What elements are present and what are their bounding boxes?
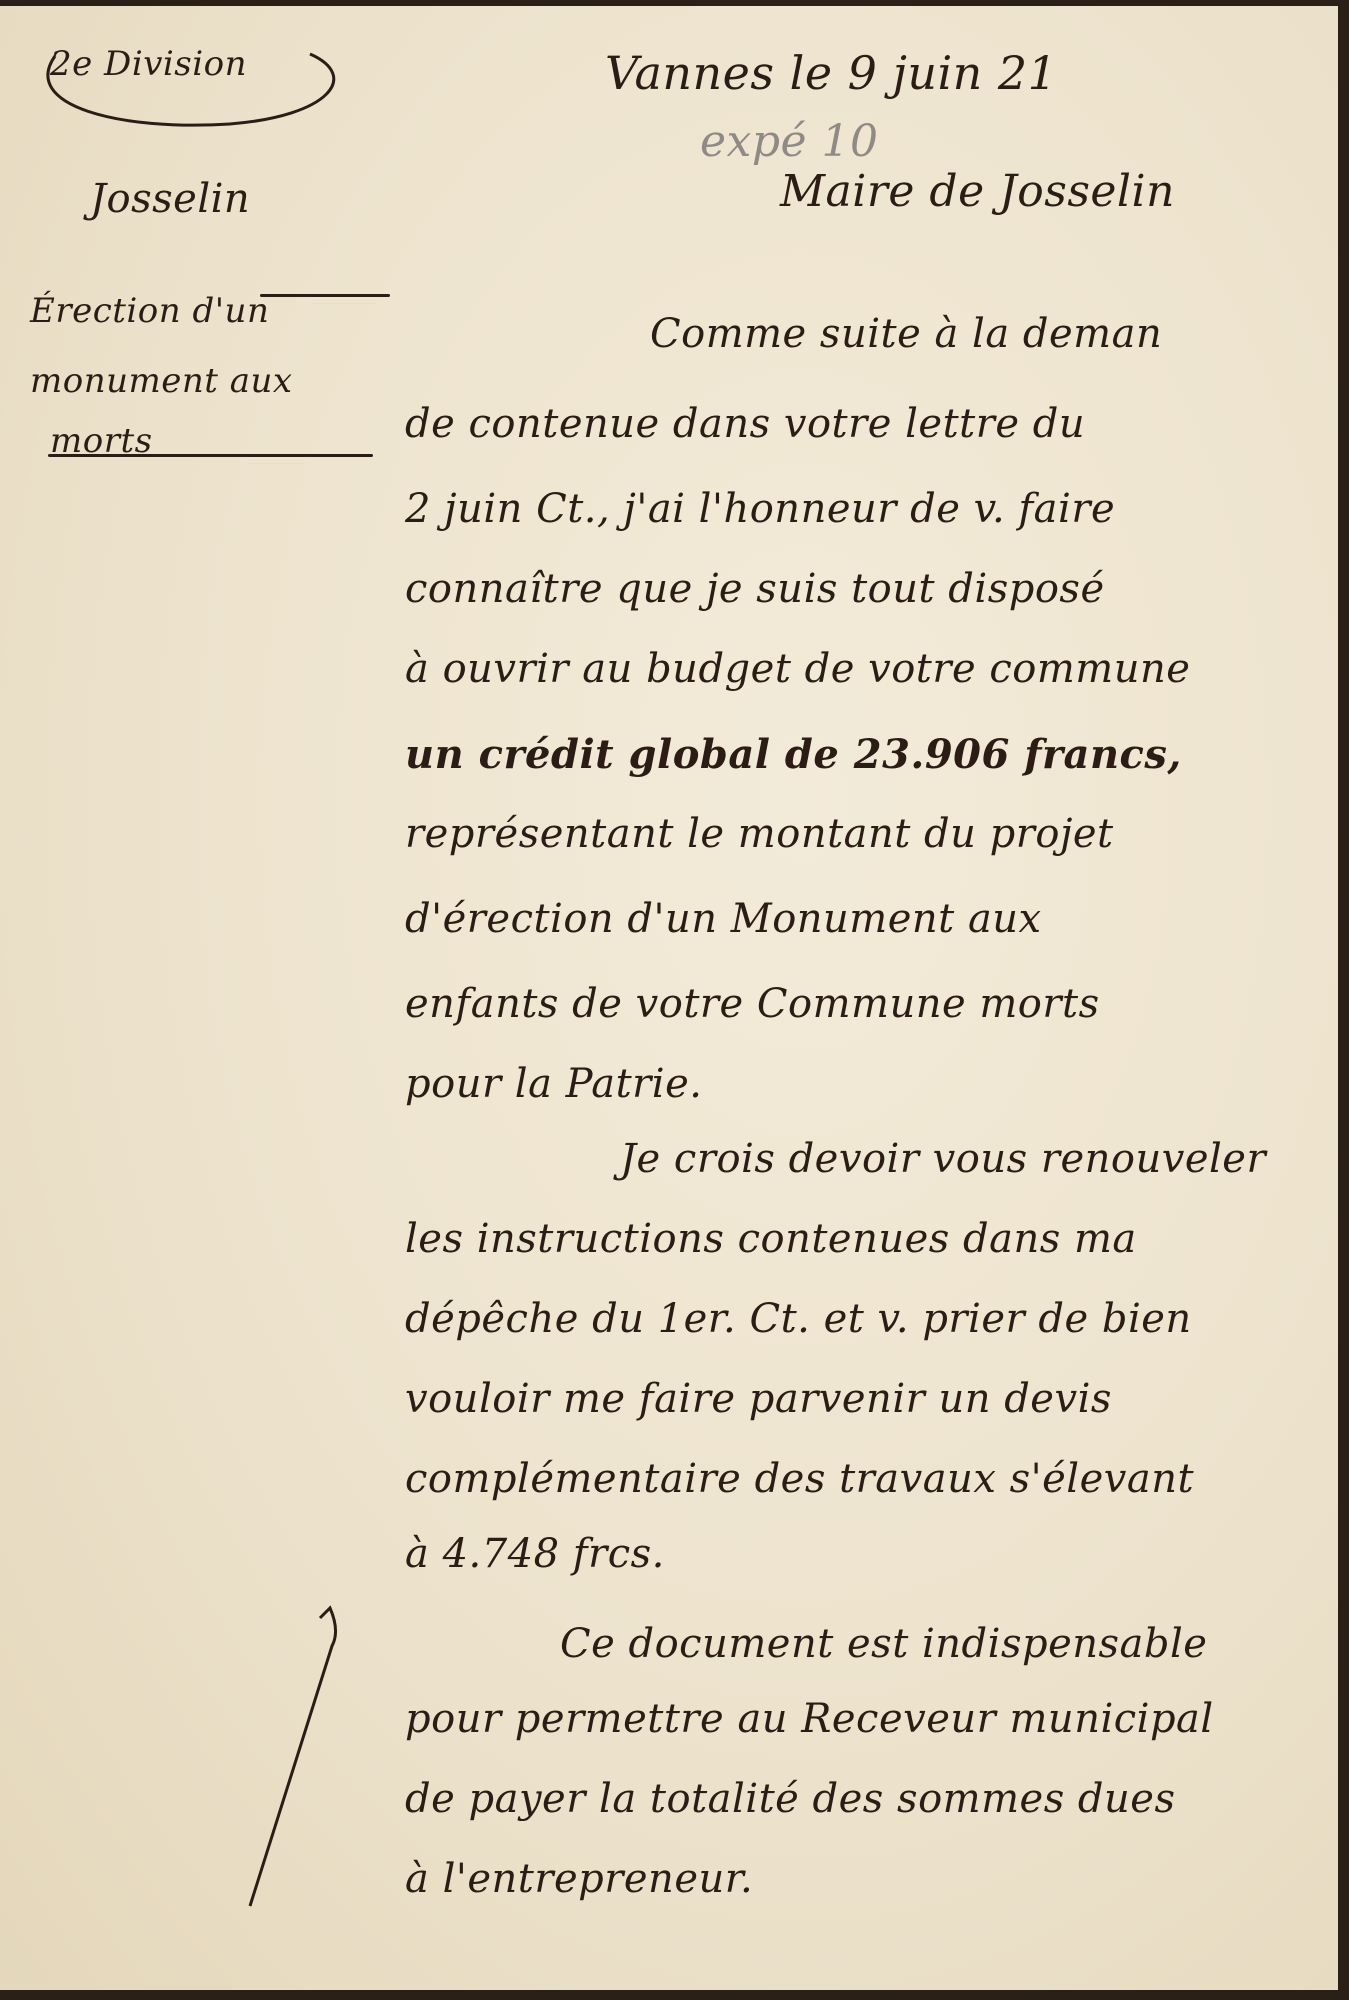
body-line: enfants de votre Commune morts [405, 981, 1100, 1027]
body-line: Comme suite à la deman [650, 311, 1162, 357]
place-date: Vannes le 9 juin 21 [605, 46, 1057, 100]
body-line: pour la Patrie. [405, 1061, 702, 1107]
recipient: Maire de Josselin [780, 166, 1175, 217]
division-label: 2e Division [50, 44, 247, 84]
body-line: vouloir me faire parvenir un devis [405, 1376, 1112, 1422]
subject-underline [48, 454, 373, 457]
body-line: pour permettre au Receveur municipal [405, 1696, 1214, 1742]
body-line: d'érection d'un Monument aux [405, 896, 1042, 942]
body-line: 2 juin Ct., j'ai l'honneur de v. faire [405, 486, 1115, 532]
body-line: complémentaire des travaux s'élevant [405, 1456, 1194, 1502]
pencil-note: expé 10 [700, 116, 879, 167]
subject-line-2: monument aux [30, 361, 293, 401]
commune-name: Josselin [90, 176, 250, 222]
body-line: les instructions contenues dans ma [405, 1216, 1137, 1262]
body-line: Ce document est indispensable [560, 1621, 1207, 1667]
body-line-estimate: à 4.748 frcs. [405, 1531, 665, 1577]
body-line: de contenue dans votre lettre du [405, 401, 1085, 447]
body-line: connaître que je suis tout disposé [405, 566, 1105, 612]
body-line: à l'entrepreneur. [405, 1856, 753, 1902]
body-line: représentant le montant du projet [405, 811, 1114, 857]
body-line: Je crois devoir vous renouveler [620, 1136, 1266, 1182]
body-line: dépêche du 1er. Ct. et v. prier de bien [405, 1296, 1192, 1342]
subject-dash [260, 294, 390, 297]
body-line-credit: un crédit global de 23.906 francs, [405, 731, 1182, 778]
subject-line-1: Érection d'un [30, 291, 269, 331]
body-line: de payer la totalité des sommes dues [405, 1776, 1176, 1822]
body-line: à ouvrir au budget de votre commune [405, 646, 1190, 692]
letter-page: 2e Division Josselin Érection d'un monum… [0, 6, 1338, 1990]
